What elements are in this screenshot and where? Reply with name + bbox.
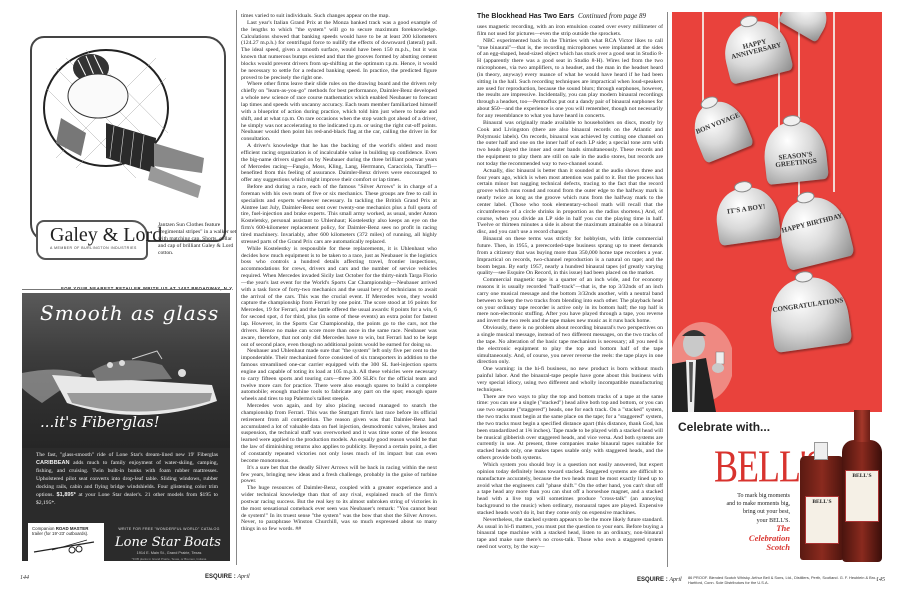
- celebrate-headline: Celebrate with...: [678, 420, 770, 434]
- article-paragraph: Neubauer and Uhlenhaut made sure that "t…: [241, 348, 437, 403]
- trailer-inset: Companion ROAD MASTER trailer (for 19'-2…: [28, 523, 104, 561]
- bells-proof-line: 86 PROOF. Blended Scotch Whisky. Arthur …: [688, 575, 878, 585]
- celebration-scotch-tagline: The Celebration Scotch: [720, 524, 790, 553]
- lone-star-address: 1914 E. Main St., Grand Prairie, Texas: [110, 551, 228, 555]
- article-paragraph: It's a sure bet that the deadly Silver A…: [241, 465, 437, 486]
- bottle-label: BELL'S: [845, 470, 879, 522]
- article-paragraph: Before and during a race, each of the fa…: [241, 184, 437, 246]
- galey-caption: Jantzen Sun Clothes feature "regimental …: [158, 222, 240, 257]
- trailer-icon: [32, 536, 100, 556]
- article-paragraph: Where other firms leave their slide rule…: [241, 81, 437, 143]
- catalog-offer: WRITE FOR FREE "WONDERFUL WORLD" CATALOG: [110, 527, 228, 531]
- bell-icon: SEASON'S GREETINGS: [761, 119, 829, 185]
- footer-left: ESQUIRE : April: [205, 574, 250, 580]
- bell-icon: BON VOYAGE: [686, 94, 754, 164]
- bell-icon: IT'S A BOY!: [713, 184, 782, 246]
- bell-label: HAPPY ANNIVERSARY: [723, 34, 788, 63]
- lone-star-tagline: ...it's Fiberglas!: [40, 413, 160, 431]
- ribbon: [833, 12, 835, 192]
- article-paragraph: Binaural on these terms was strictly for…: [477, 236, 663, 277]
- article-paragraph: Last year's Italian Grand Prix at the Mo…: [241, 20, 437, 82]
- article-paragraph: times varied to suit individuals. Such c…: [241, 13, 437, 20]
- lone-star-fob-note: *FOB plants in Grand Prairie, Texas, or …: [110, 557, 228, 561]
- blockhead-article-column: uses magnetic recording, with an iron em…: [477, 24, 663, 569]
- bell-label: BON VOYAGE: [693, 111, 744, 137]
- article-paragraph: Commercial magnetic tape is a quarter of…: [477, 277, 663, 325]
- article-paragraph: The huge resources of Daimler-Benz, coup…: [241, 485, 437, 533]
- article-paragraph: NBC experimented back in the Thirties wi…: [477, 38, 663, 120]
- reclining-man-illustration: [36, 38, 206, 203]
- article-paragraph: Mercedes won again, and by also placing …: [241, 403, 437, 465]
- column-rule: [236, 10, 237, 565]
- galey-lord-logo: Galey & Lord: [50, 224, 162, 247]
- article-paragraph: Actually, disc binaural is better than i…: [477, 168, 663, 236]
- footer-right: ESQUIRE : April: [637, 577, 682, 583]
- boat-photo: Smooth as glass ...it's Fiberglas!: [22, 293, 230, 448]
- lone-star-logo: Lone Star Boats: [108, 535, 228, 550]
- divider: [22, 289, 230, 290]
- man-with-glass-illustration: [672, 322, 732, 412]
- bow-icon: [734, 181, 751, 192]
- bow-icon: [740, 15, 758, 28]
- bells-slogan: To mark big moments and to make moments …: [700, 492, 790, 525]
- article-paragraph: uses magnetic recording, with an iron em…: [477, 24, 663, 38]
- bell-label: IT'S A BOY!: [715, 202, 777, 218]
- bell-icon: HAPPY ANNIVERSARY: [718, 15, 794, 85]
- bell-icon: HAPPY BIRTHDAY: [773, 191, 855, 271]
- racing-article-column: times varied to suit individuals. Such c…: [241, 13, 437, 568]
- bottle-cap: [814, 442, 828, 460]
- bow-icon: [783, 115, 800, 126]
- bells-scotch-ad-copy: Celebrate with... BELL'S® To mark big mo…: [672, 412, 882, 562]
- lone-star-body-copy: The fast, "glass-smooth" ride of Lone St…: [36, 451, 218, 507]
- bow-icon: [795, 271, 812, 282]
- article-paragraph: While Kostelestky is responsible for the…: [241, 246, 437, 349]
- article-paragraph: A driver's knowledge that he has the bac…: [241, 143, 437, 184]
- running-head: The Blockhead Has Two Ears Continued fro…: [477, 12, 646, 20]
- model-name: CARIBBEAN: [36, 460, 70, 466]
- bell-label: SEASON'S GREETINGS: [764, 150, 827, 170]
- article-paragraph: Obviously, there is no problem about rec…: [477, 325, 663, 366]
- lone-star-headline: Smooth as glass: [40, 301, 219, 325]
- ribbon: [702, 12, 704, 112]
- bell-icon: CONGRATULATIONS: [766, 273, 853, 353]
- bell-icon: [778, 12, 834, 43]
- galey-lord-ad: Galey & Lord A MEMBER OF BURLINGTON INDU…: [18, 24, 230, 258]
- article-paragraph: There are two ways to play the top and b…: [477, 394, 663, 462]
- bottle-neck: [854, 410, 870, 442]
- article-paragraph: Binaural was originally made available t…: [477, 120, 663, 168]
- article-paragraph: Nevertheless, the stacked system appears…: [477, 517, 663, 551]
- column-rule: [667, 12, 668, 567]
- bells-scotch-bells-illustration: HAPPY ANNIVERSARY BON VOYAGE SEASON'S GR…: [672, 12, 882, 412]
- bell-label: HAPPY BIRTHDAY: [778, 213, 846, 236]
- bells-bottle-square: BELL'S: [800, 456, 844, 560]
- price: $1,895*: [57, 492, 76, 498]
- page-number-right: 145: [876, 577, 885, 583]
- lone-star-boats-ad: Smooth as glass ...it's Fiberglas! The f…: [22, 293, 230, 561]
- article-paragraph: Which system you should buy is a questio…: [477, 462, 663, 517]
- page-number-left: 144: [20, 575, 29, 581]
- galey-member-line: A MEMBER OF BURLINGTON INDUSTRIES: [50, 246, 137, 250]
- article-paragraph: One warning: in the hi-fi business, no n…: [477, 366, 663, 393]
- bottle-label: BELL'S: [805, 496, 839, 544]
- bell-label: CONGRATULATIONS: [769, 296, 847, 314]
- bells-bottle-round: BELL'S: [842, 440, 882, 562]
